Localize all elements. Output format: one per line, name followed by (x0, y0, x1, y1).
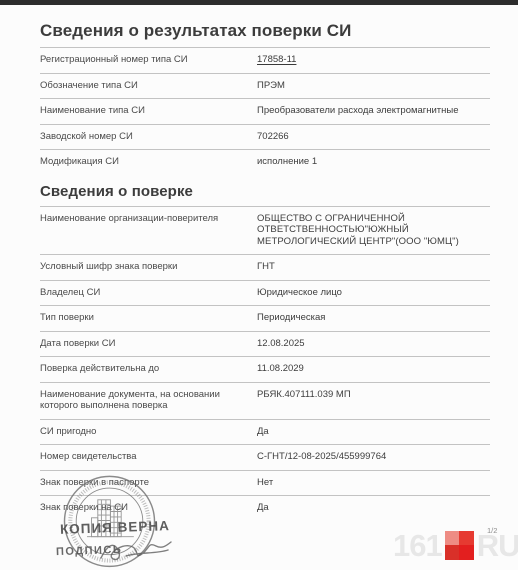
row-value: С-ГНТ/12-08-2025/455999764 (257, 451, 462, 463)
table-row: Владелец СИ Юридическое лицо (40, 280, 490, 306)
row-value: ГНТ (257, 261, 462, 273)
row-value: Юридическое лицо (257, 287, 462, 299)
page-indicator: 1/2 (487, 526, 497, 535)
table-row: Заводской номер СИ 702266 (40, 124, 490, 150)
table-row: Наименование организации-поверителя ОБЩЕ… (40, 206, 490, 255)
row-value: 11.08.2029 (257, 363, 462, 375)
row-value: исполнение 1 (257, 156, 462, 168)
table-row: Условный шифр знака поверки ГНТ (40, 254, 490, 280)
signature-scribble-icon (98, 534, 173, 566)
row-value: РБЯК.407111.039 МП (257, 389, 462, 401)
row-label: Заводской номер СИ (40, 131, 257, 143)
table-row: Знак поверки на СИ Да (40, 495, 490, 521)
row-label: Номер свидетельства (40, 451, 257, 463)
row-label: Наименование типа СИ (40, 105, 257, 117)
table-row: Наименование документа, на основании кот… (40, 382, 490, 419)
row-label: Знак поверки в паспорте (40, 477, 257, 489)
table-row: Номер свидетельства С-ГНТ/12-08-2025/455… (40, 444, 490, 470)
table-row: СИ пригодно Да (40, 419, 490, 445)
row-value: 702266 (257, 131, 462, 143)
table-row: Знак поверки в паспорте Нет (40, 470, 490, 496)
row-label: Знак поверки на СИ (40, 502, 257, 514)
logo-red-square-icon (445, 531, 474, 560)
row-value: 12.08.2025 (257, 338, 462, 350)
table-row: Дата поверки СИ 12.08.2025 (40, 331, 490, 357)
row-label: Тип поверки (40, 312, 257, 324)
row-value: ПРЭМ (257, 80, 462, 92)
section-title-verification: Сведения о поверке (40, 183, 490, 201)
row-label: Поверка действительна до (40, 363, 257, 375)
table-row: Модификация СИ исполнение 1 (40, 149, 490, 175)
row-value: Преобразователи расхода электромагнитные (257, 105, 462, 117)
row-value: Да (257, 426, 462, 438)
row-label: Обозначение типа СИ (40, 80, 257, 92)
row-label: Регистрационный номер типа СИ (40, 54, 257, 66)
logo-161-text: 161 (393, 531, 442, 560)
row-label: Владелец СИ (40, 287, 257, 299)
table-row: Поверка действительна до 11.08.2029 (40, 356, 490, 382)
si-info-table: Регистрационный номер типа СИ 17858-11 О… (40, 47, 490, 175)
row-value: Нет (257, 477, 462, 489)
row-label: Модификация СИ (40, 156, 257, 168)
table-row: Тип поверки Периодическая (40, 305, 490, 331)
verification-info-table: Наименование организации-поверителя ОБЩЕ… (40, 206, 490, 521)
row-label: Дата поверки СИ (40, 338, 257, 350)
table-row: Обозначение типа СИ ПРЭМ (40, 73, 490, 99)
row-value: Периодическая (257, 312, 462, 324)
verification-document: Сведения о результатах поверки СИ Регист… (40, 5, 490, 521)
161ru-watermark-logo: 161 RU (393, 530, 518, 560)
row-value: Да (257, 502, 462, 514)
page-title: Сведения о результатах поверки СИ (40, 21, 490, 41)
row-label: СИ пригодно (40, 426, 257, 438)
type-registry-link[interactable]: 17858-11 (257, 54, 462, 66)
row-value: ОБЩЕСТВО С ОГРАНИЧЕННОЙ ОТВЕТСТВЕННОСТЬЮ… (257, 213, 462, 248)
table-row: Регистрационный номер типа СИ 17858-11 (40, 47, 490, 73)
row-label: Условный шифр знака поверки (40, 261, 257, 273)
row-label: Наименование организации-поверителя (40, 213, 257, 225)
table-row: Наименование типа СИ Преобразователи рас… (40, 98, 490, 124)
row-label: Наименование документа, на основании кот… (40, 389, 257, 412)
